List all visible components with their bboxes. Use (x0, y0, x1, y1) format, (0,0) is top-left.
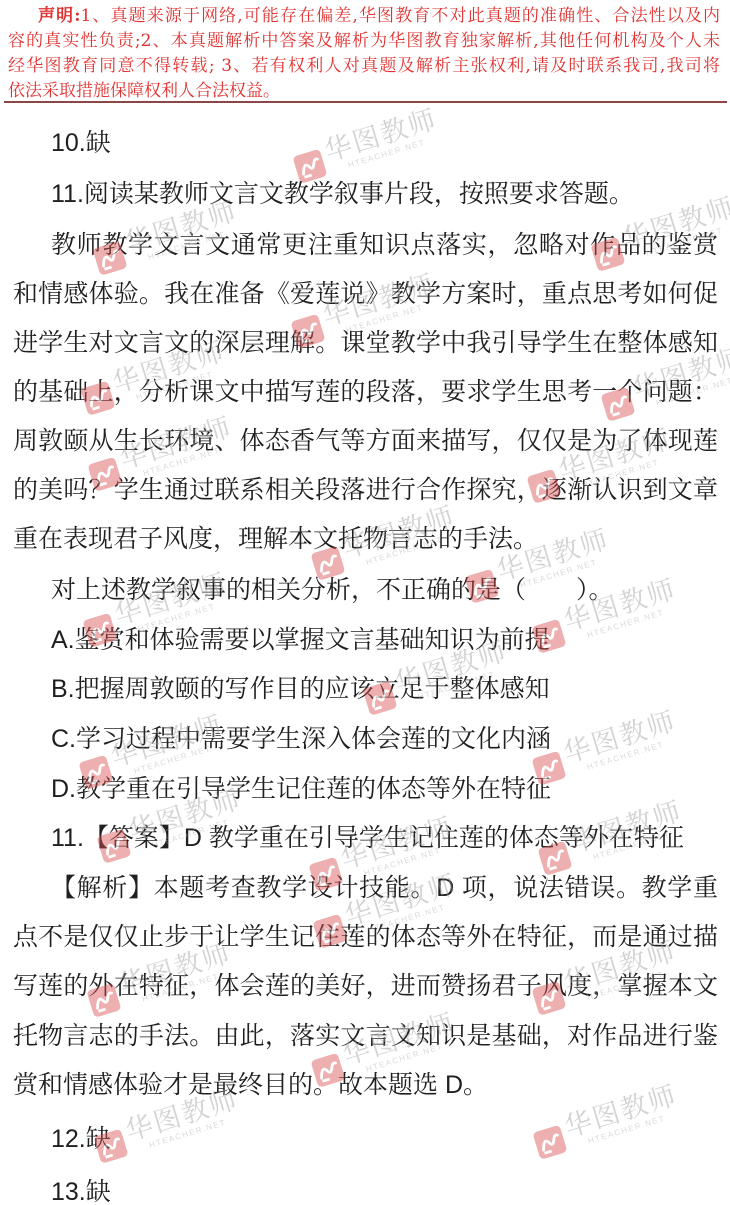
document-line: 点不是仅仅止步于让学生记住莲的体态等外在特征，而是通过描 (13, 922, 718, 952)
document-page: 声明:1、真题来源于网络,可能存在偏差,华图教育不对此真题的准确性、合法性以及内… (0, 0, 730, 1205)
document-line: 11.【答案】D 教学重在引导学生记住莲的体态等外在特征 (13, 823, 718, 853)
document-line: 【解析】本题考查教学设计技能。D 项，说法错误。教学重 (13, 873, 718, 903)
document-line: 进学生对文言文的深层理解。课堂教学中我引导学生在整体感知 (13, 328, 718, 358)
document-line: 重在表现君子风度，理解本文托物言志的手法。 (13, 524, 718, 554)
document-line: 教师教学文言文通常更注重知识点落实，忽略对作品的鉴赏 (13, 230, 718, 260)
document-line: 的美吗？学生通过联系相关段落进行合作探究，逐渐认识到文章 (13, 475, 718, 505)
document-line: D.教学重在引导学生记住莲的体态等外在特征 (13, 774, 718, 804)
document-line: 对上述教学叙事的相关分析，不正确的是（ ）。 (13, 575, 718, 605)
document-content: 10.缺11.阅读某教师文言文教学叙事片段，按照要求答题。教师教学文言文通常更注… (0, 0, 730, 1205)
document-line: 10.缺 (13, 128, 718, 158)
document-line: C.学习过程中需要学生深入体会莲的文化内涵 (13, 724, 718, 754)
document-line: 和情感体验。我在准备《爱莲说》教学方案时，重点思考如何促 (13, 279, 718, 309)
document-line: B.把握周敦颐的写作目的应该立足于整体感知 (13, 674, 718, 704)
document-line: 的基础上，分析课文中描写莲的段落，要求学生思考一个问题： (13, 377, 718, 407)
document-line: 12.缺 (13, 1124, 718, 1154)
document-line: 13.缺 (13, 1177, 718, 1205)
document-line: 赏和情感体验才是最终目的。故本题选 D。 (13, 1070, 718, 1100)
document-line: 11.阅读某教师文言文教学叙事片段，按照要求答题。 (13, 179, 718, 209)
document-line: 托物言志的手法。由此，落实文言文知识是基础，对作品进行鉴 (13, 1021, 718, 1051)
document-line: 周敦颐从生长环境、体态香气等方面来描写，仅仅是为了体现莲 (13, 426, 718, 456)
document-line: A.鉴赏和体验需要以掌握文言基础知识为前提 (13, 625, 718, 655)
document-line: 写莲的外在特征，体会莲的美好，进而赞扬君子风度，掌握本文 (13, 971, 718, 1001)
